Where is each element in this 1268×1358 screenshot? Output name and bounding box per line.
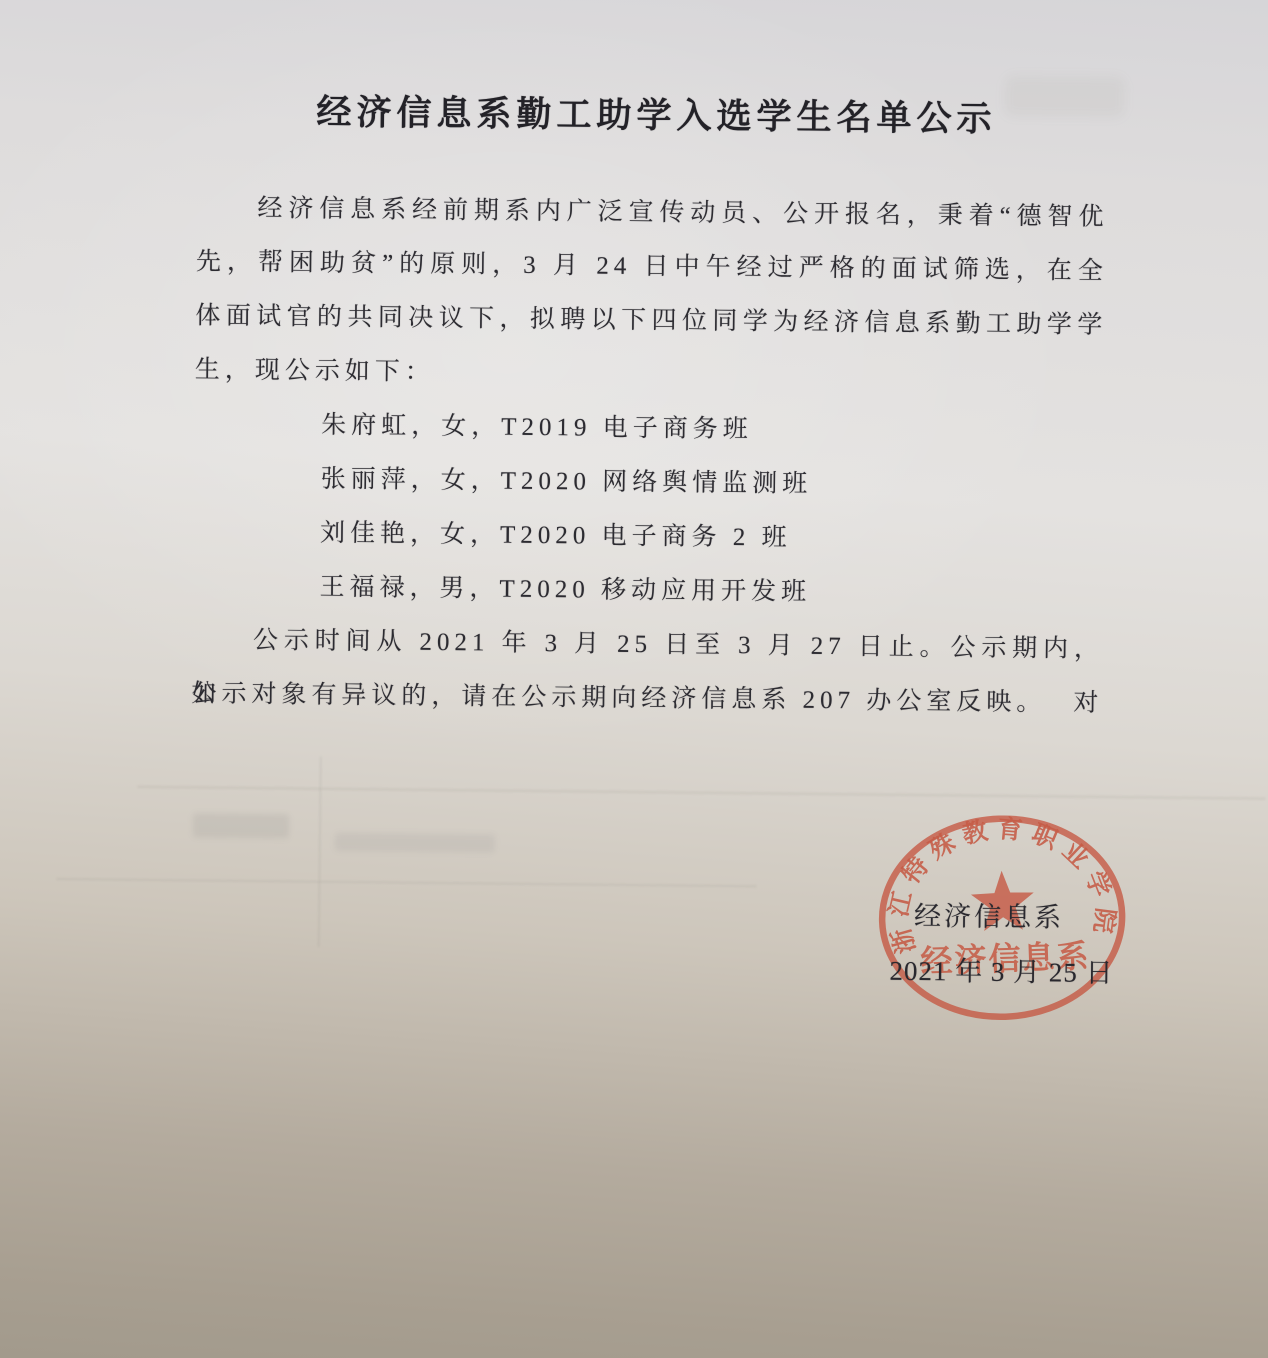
signature-date: 2021 年 3 月 25 日 bbox=[881, 949, 1121, 991]
paragraph-intro-line: 先，帮困助贫”的原则，3 月 24 日中午经过严格的面试筛选，在全 bbox=[196, 235, 1109, 299]
student-item: 张丽萍，女，T2020 网络舆情监测班 bbox=[193, 451, 1106, 515]
document-page: 经济信息系勤工助学入选学生名单公示 经济信息系经前期系内广泛宣传动员、公开报名，… bbox=[0, 0, 1268, 1358]
bleed-through-mark bbox=[335, 833, 495, 853]
student-item: 王福禄，男，T2020 移动应用开发班 bbox=[192, 559, 1105, 623]
photographed-paper: 经济信息系勤工助学入选学生名单公示 经济信息系经前期系内广泛宣传动员、公开报名，… bbox=[0, 0, 1268, 1358]
signature-department: 经济信息系 bbox=[859, 893, 1119, 935]
student-item: 朱府虹，女，T2019 电子商务班 bbox=[194, 397, 1107, 461]
bleed-through-mark bbox=[193, 813, 289, 838]
paragraph-intro-line: 体面试官的共同决议下，拟聘以下四位同学为经济信息系勤工助学学 bbox=[195, 289, 1108, 353]
bleed-through-line bbox=[318, 757, 322, 947]
document-body: 经济信息系经前期系内广泛宣传动员、公开报名，秉着“德智优 先，帮困助贫”的原则，… bbox=[191, 181, 1109, 731]
paragraph-notice-line: 公示时间从 2021 年 3 月 25 日至 3 月 27 日止。公示期内，如对 bbox=[192, 613, 1105, 677]
bleed-through-line bbox=[137, 786, 1265, 800]
bleed-through-line bbox=[56, 878, 756, 887]
paragraph-notice-line: 公示对象有异议的，请在公示期向经济信息系 207 办公室反映。 bbox=[191, 667, 1104, 731]
paragraph-intro-line: 生，现公示如下： bbox=[195, 343, 1108, 407]
student-item: 刘佳艳，女，T2020 电子商务 2 班 bbox=[193, 505, 1106, 569]
paragraph-intro-line: 经济信息系经前期系内广泛宣传动员、公开报名，秉着“德智优 bbox=[196, 181, 1109, 245]
